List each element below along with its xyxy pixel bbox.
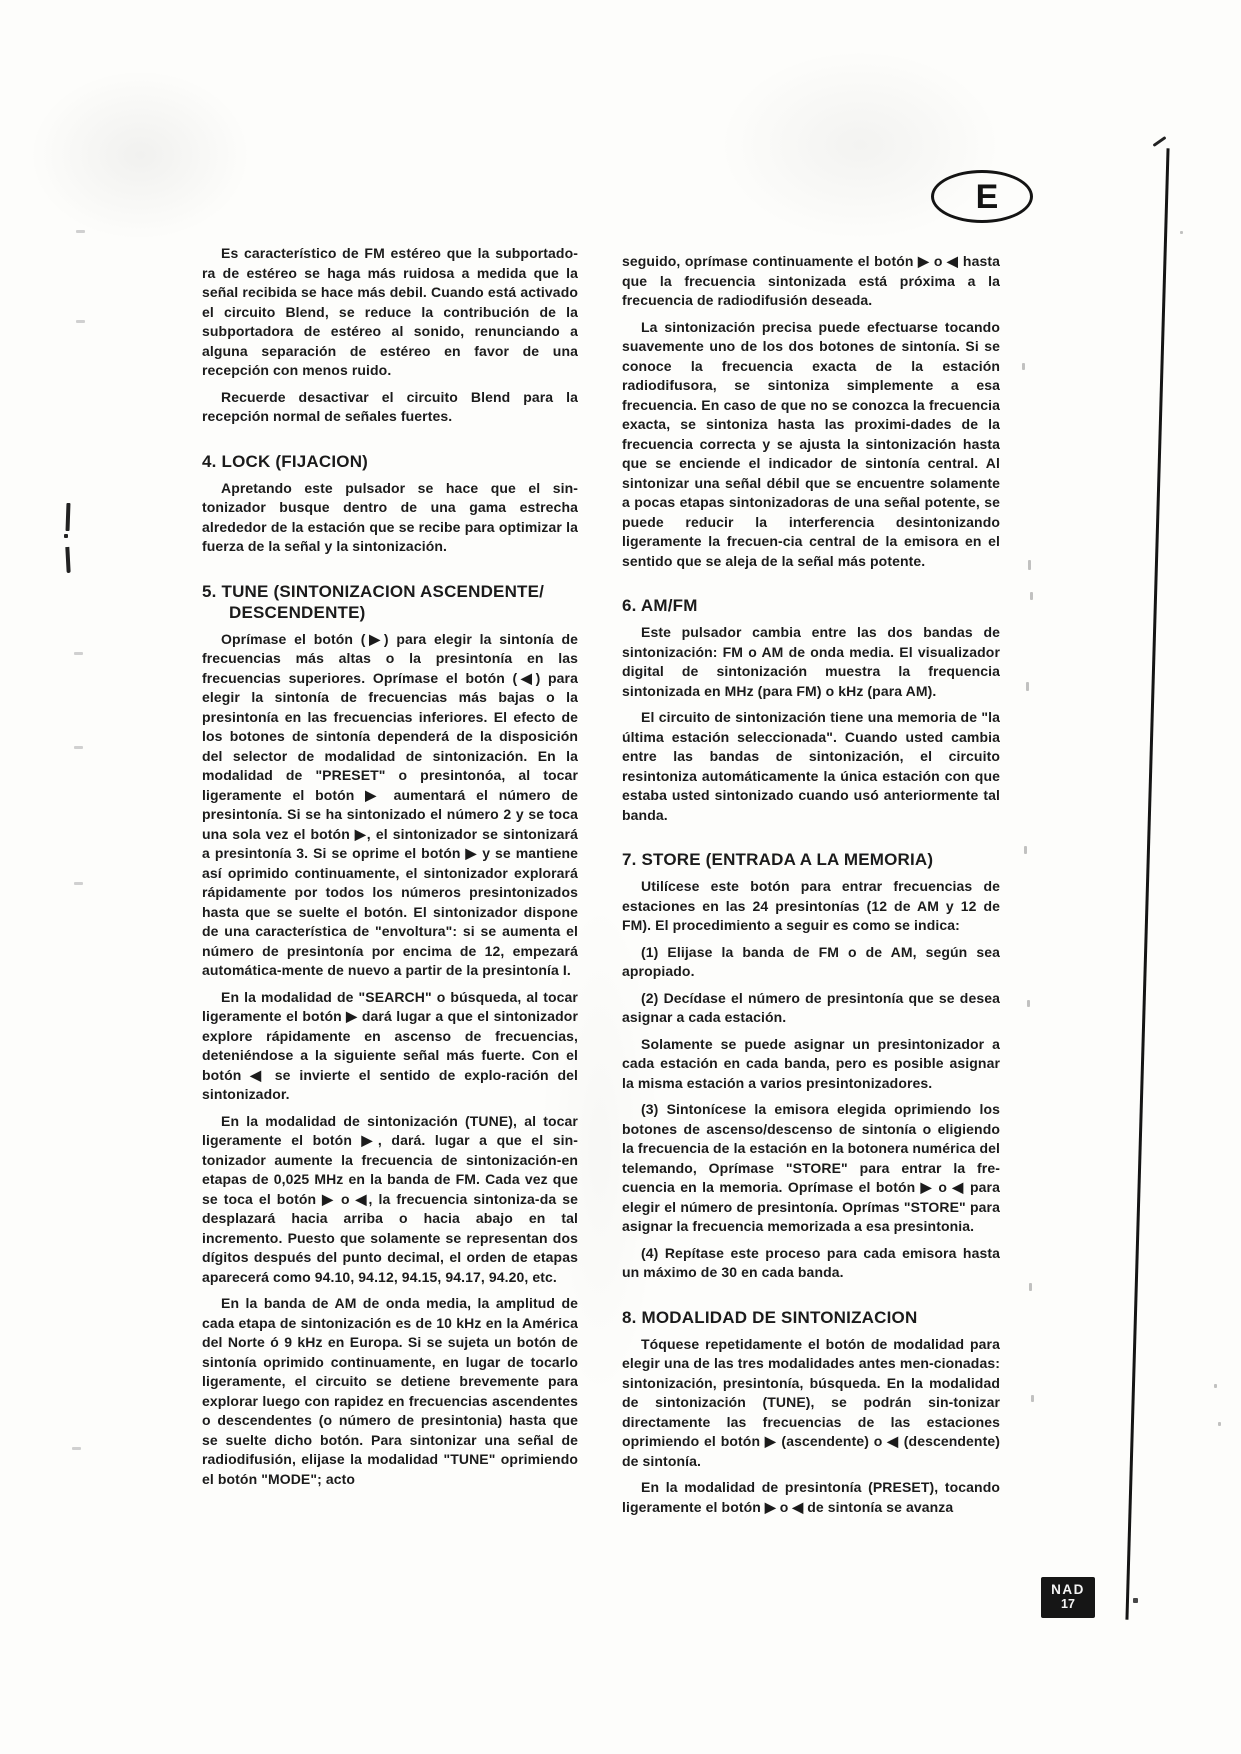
paragraph: Este pulsador cambia entre las dos banda… xyxy=(622,623,1000,701)
scan-speck xyxy=(1030,592,1033,600)
paragraph: (4) Repítase este proceso para cada emis… xyxy=(622,1244,1000,1283)
brand-label: NAD xyxy=(1041,1582,1095,1597)
paragraph: La sintonización precisa puede efectuars… xyxy=(622,318,1000,572)
scan-speck xyxy=(1022,363,1025,370)
scan-speck xyxy=(1031,1395,1034,1402)
scan-speck xyxy=(1024,846,1027,854)
paragraph: Utilícese este botón para entrar frecuen… xyxy=(622,877,1000,936)
page-edge-scan-mark xyxy=(1152,136,1166,147)
paragraph: Es característico de FM estéreo que la s… xyxy=(202,244,578,381)
page-number: 17 xyxy=(1041,1598,1095,1610)
scan-speck xyxy=(1218,1422,1221,1426)
scan-shading xyxy=(30,70,250,240)
scan-speck xyxy=(1180,231,1183,234)
scan-speck xyxy=(1214,1384,1217,1388)
page-edge-scan-line xyxy=(1125,148,1169,1619)
paragraph: En la banda de AM de onda media, la ampl… xyxy=(202,1294,578,1489)
paragraph: (2) Decídase el número de presintonía qu… xyxy=(622,989,1000,1028)
right-text-column: seguido, oprímase continuamente el botón… xyxy=(622,252,1000,1517)
paragraph: Tóquese repetidamente el botón de modali… xyxy=(622,1335,1000,1472)
section-heading: 7. STORE (ENTRADA A LA MEMORIA) xyxy=(622,849,1000,870)
section-heading: 8. MODALIDAD DE SINTONIZACION xyxy=(622,1307,1000,1328)
scan-speck xyxy=(64,534,68,538)
left-text-column: Es característico de FM estéreo que la s… xyxy=(202,244,578,1489)
section-heading: 4. LOCK (FIJACION) xyxy=(202,451,578,472)
paragraph: Oprímase el botón (▶) para elegir la sin… xyxy=(202,630,578,981)
paragraph: (1) Elijase la banda de FM o de AM, segú… xyxy=(622,943,1000,982)
paragraph: En la modalidad de "SEARCH" o búsqueda, … xyxy=(202,988,578,1105)
scanned-manual-page: E Es característico de FM estéreo que la… xyxy=(0,0,1241,1754)
scan-speck xyxy=(1028,560,1031,570)
scan-speck xyxy=(74,746,83,749)
paragraph: (3) Sintonícese la emisora elegida oprim… xyxy=(622,1100,1000,1237)
page-footer-badge: NAD 17 xyxy=(1041,1577,1095,1618)
paragraph: Recuerde desactivar el circuito Blend pa… xyxy=(202,388,578,427)
scan-speck xyxy=(66,503,71,531)
scan-speck xyxy=(1026,682,1029,691)
paragraph: El circuito de sintonización tiene una m… xyxy=(622,708,1000,825)
scan-speck xyxy=(1133,1598,1138,1603)
scan-speck xyxy=(76,320,85,323)
section-heading: 6. AM/FM xyxy=(622,595,1000,616)
section-heading: 5. TUNE (SINTONIZACION ASCENDENTE/ DESCE… xyxy=(202,581,578,623)
paragraph: Apretando este pulsador se hace que el s… xyxy=(202,479,578,557)
scan-speck xyxy=(65,547,70,573)
paragraph: seguido, oprímase continuamente el botón… xyxy=(622,252,1000,311)
paragraph: Solamente se puede asignar un presintoni… xyxy=(622,1035,1000,1094)
paragraph: En la modalidad de presintonía (PRESET),… xyxy=(622,1478,1000,1517)
scan-speck xyxy=(76,230,85,233)
scan-speck xyxy=(1029,1283,1032,1291)
e-region-label: E xyxy=(966,180,999,214)
scan-speck xyxy=(74,652,83,655)
scan-speck xyxy=(1027,1000,1030,1007)
scan-speck xyxy=(72,1447,81,1450)
e-region-stamp: E xyxy=(931,170,1033,223)
paragraph: En la modalidad de sintonización (TUNE),… xyxy=(202,1112,578,1288)
scan-speck xyxy=(74,882,83,885)
